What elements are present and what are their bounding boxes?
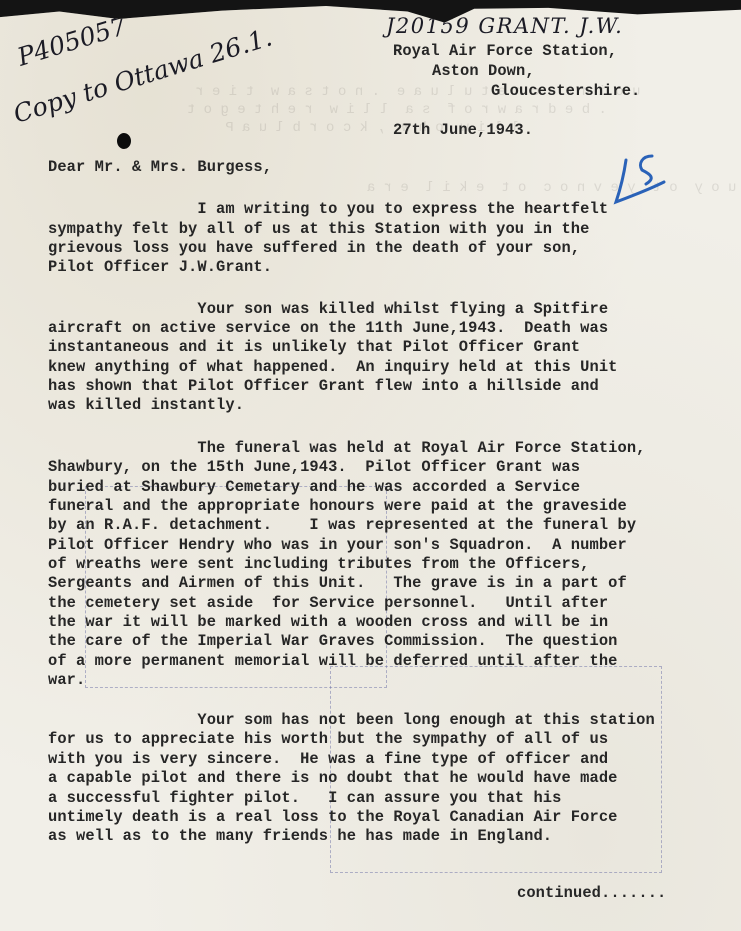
paragraph-line: was killed instantly. [48, 396, 244, 416]
paragraph-line: the war it will be marked with a wooden … [48, 613, 608, 633]
file-reference-annotation: P405057 [14, 11, 130, 72]
ink-blot [117, 133, 131, 149]
letter-date: 27th June,1943. [393, 121, 533, 141]
paragraph-line: by an R.A.F. detachment. I was represent… [48, 516, 636, 536]
bleed-through-text: u o y o t y e v n o c o t e k i l e r a [350, 180, 741, 196]
paragraph-line: knew anything of what happened. An inqui… [48, 358, 618, 378]
paragraph-line: Shawbury, on the 15th June,1943. Pilot O… [48, 458, 580, 478]
paragraph-line: of a more permanent memorial will be def… [48, 652, 618, 672]
letterhead-location: Aston Down, [432, 62, 535, 82]
paragraph-line: aircraft on active service on the 11th J… [48, 319, 608, 339]
letterhead-station: Royal Air Force Station, [393, 42, 617, 62]
paragraph-line: I am writing to you to express the heart… [48, 200, 608, 220]
paragraph-line: grievous loss you have suffered in the d… [48, 239, 580, 259]
paragraph-line: untimely death is a real loss to the Roy… [48, 808, 618, 828]
letter-page: u o i n r o c n e t u l u a e . n o t s … [0, 6, 741, 931]
continued-marker: continued....... [517, 884, 666, 904]
paragraph-line: Sergeants and Airmen of this Unit. The g… [48, 574, 627, 594]
paragraph-line: instantaneous and it is unlikely that Pi… [48, 338, 580, 358]
paragraph-line: has shown that Pilot Officer Grant flew … [48, 377, 599, 397]
service-number-annotation: J20159 GRANT. J.W. [386, 14, 623, 38]
paragraph-line: of wreaths were sent including tributes … [48, 555, 589, 575]
paragraph-line: The funeral was held at Royal Air Force … [48, 439, 646, 459]
paragraph-line: buried at Shawbury Cemetary and he was a… [48, 478, 580, 498]
paragraph-line: with you is very sincere. He was a fine … [48, 750, 608, 770]
paragraph-line: a capable pilot and there is no doubt th… [48, 769, 618, 789]
letterhead-county: Gloucestershire. [491, 82, 640, 102]
paragraph-line: a successful fighter pilot. I can assure… [48, 789, 561, 809]
paragraph-line: Your som has not been long enough at thi… [48, 711, 655, 731]
salutation: Dear Mr. & Mrs. Burgess, [48, 158, 272, 178]
paragraph-line: Pilot Officer Hendry who was in your son… [48, 536, 627, 556]
paragraph-line: the care of the Imperial War Graves Comm… [48, 632, 618, 652]
paragraph-line: war. [48, 671, 85, 691]
paragraph-line: Pilot Officer J.W.Grant. [48, 258, 272, 278]
paragraph-line: sympathy felt by all of us at this Stati… [48, 220, 589, 240]
paragraph-line: the cemetery set aside for Service perso… [48, 594, 608, 614]
check-mark-icon [612, 152, 672, 212]
paragraph-line: funeral and the appropriate honours were… [48, 497, 627, 517]
paragraph-line: for us to appreciate his worth but the s… [48, 730, 608, 750]
bleed-through-text: . b e d r a w r o f s a l l i w r e h t … [170, 102, 624, 118]
paragraph-line: as well as to the many friends he has ma… [48, 827, 552, 847]
paragraph-line: Your son was killed whilst flying a Spit… [48, 300, 608, 320]
